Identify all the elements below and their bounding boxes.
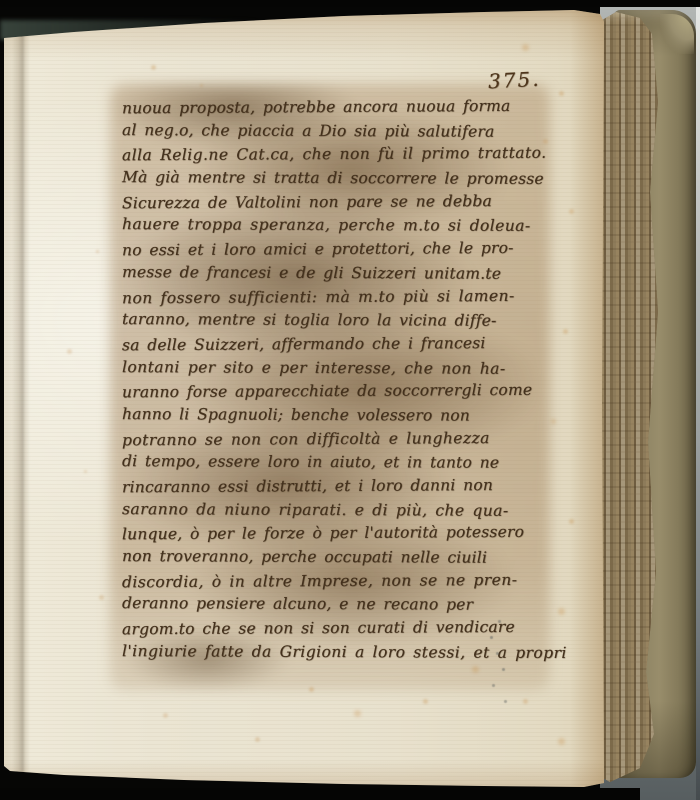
manuscript-line: messe de francesi e de gli Suizzeri unit… [122,261,546,287]
manuscript-line: rincaranno essi distrutti, et i loro dan… [122,474,546,500]
manuscript-line: non fossero sufficienti: mà m.to più si … [122,284,546,310]
manuscript-line: lunque, ò per le forze ò per l'autorità … [122,521,546,547]
manuscript-line: hanno li Spagnuoli; benche volessero non [122,403,546,429]
manuscript-line: alla Relig.ne Cat.ca, che non fù il prim… [122,142,546,168]
scan-frame-top [0,0,700,7]
scan-right-edge-highlight [696,0,700,800]
manuscript-line: potranno se non con difficoltà e lunghez… [122,426,546,452]
page-number: 375. [487,67,541,94]
manuscript-line: non troveranno, perche occupati nelle ci… [122,545,546,571]
manuscript-line: taranno, mentre si toglia loro la vicina… [122,308,546,334]
manuscript-line: deranno pensiere alcuno, e ne recano per [122,593,546,619]
scanned-manuscript-photo: 375. nuoua proposta, potrebbe ancora nuo… [0,0,700,800]
manuscript-line: saranno da niuno riparati. e di più, che… [122,498,546,524]
manuscript-line: argom.to che se non si son curati di ven… [122,616,546,642]
gutter-crease [12,30,30,775]
manuscript-line: sa delle Suizzeri, affermando che i fran… [122,332,546,358]
manuscript-line: uranno forse apparecchiate da soccorrerg… [122,379,546,405]
manuscript-line: lontani per sito e per interesse, che no… [122,356,546,382]
manuscript-text: nuoua proposta, potrebbe ancora nuoua fo… [122,96,546,665]
manuscript-line: nuoua proposta, potrebbe ancora nuoua fo… [122,95,546,121]
manuscript-line: hauere troppa speranza, perche m.to si d… [122,214,546,240]
scan-frame-bottom [0,788,640,800]
manuscript-line: Mà già mentre si tratta di soccorrere le… [122,166,546,192]
manuscript-line: l'ingiurie fatte da Grigioni a loro stes… [122,640,546,666]
manuscript-line: di tempo, essere loro in aiuto, et in ta… [122,450,546,476]
manuscript-line: no essi et i loro amici e protettori, ch… [122,237,546,263]
manuscript-page: 375. nuoua proposta, potrebbe ancora nuo… [4,0,604,800]
manuscript-line: al neg.o, che piaccia a Dio sia più salu… [122,119,546,145]
manuscript-line: discordia, ò in altre Imprese, non se ne… [122,568,546,594]
manuscript-line: Sicurezza de Valtolini non pare se ne de… [122,189,546,215]
